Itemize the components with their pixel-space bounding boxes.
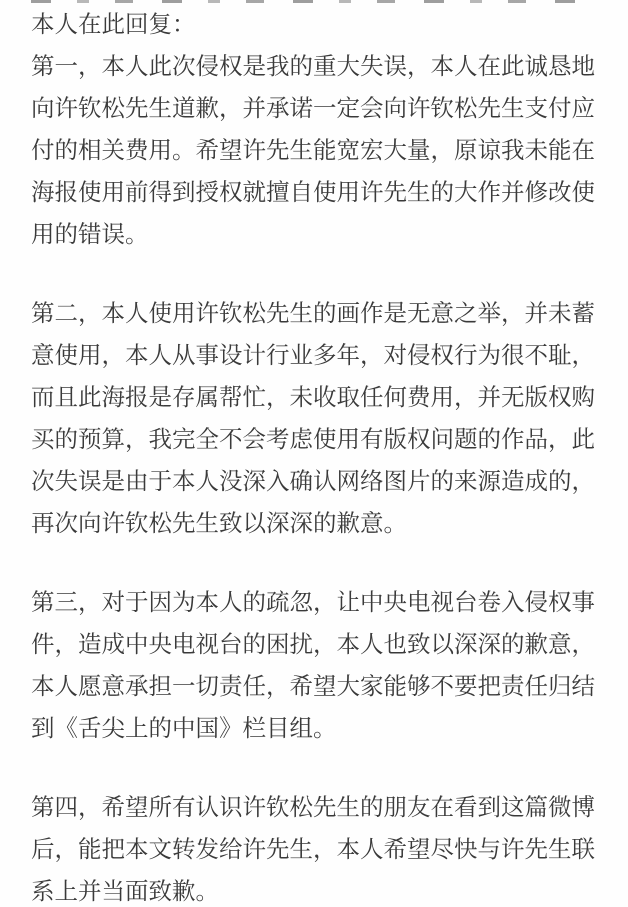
text-line: 向许钦松先生道歉，并承诺一定会向许钦松先生支付应 (31, 87, 601, 129)
text-line: 次失误是由于本人没深入确认网络图片的来源造成的， (31, 460, 601, 502)
text-line: 本人愿意承担一切责任，希望大家能够不要把责任归结 (31, 665, 601, 707)
text-line: 第三，对于因为本人的疏忽，让中央电视台卷入侵权事 (31, 581, 601, 623)
text-line: 到《舌尖上的中国》栏目组。 (31, 707, 601, 749)
text-line: 付的相关费用。希望许先生能宽宏大量，原谅我未能在 (31, 129, 601, 171)
text-line: 海报使用前得到授权就擅自使用许先生的大作并修改使 (31, 171, 601, 213)
text-line: 而且此海报是存属帮忙，未收取任何费用，并无版权购 (31, 376, 601, 418)
text-line: 系上并当面致歉。 (31, 870, 601, 907)
text-line: 第二，本人使用许钦松先生的画作是无意之举，并未蓄 (31, 292, 601, 334)
text-line: 买的预算，我完全不会考虑使用有版权问题的作品，此 (31, 418, 601, 460)
text-line: 意使用，本人从事设计行业多年，对侵权行为很不耻， (31, 334, 601, 376)
apology-statement-page: 本人在此回复： 第一，本人此次侵权是我的重大失误，本人在此诚恳地 向许钦松先生道… (0, 0, 628, 907)
statement-text: 本人在此回复： 第一，本人此次侵权是我的重大失误，本人在此诚恳地 向许钦松先生道… (31, 3, 601, 907)
paragraph-first: 第一，本人此次侵权是我的重大失误，本人在此诚恳地 向许钦松先生道歉，并承诺一定会… (31, 45, 601, 255)
text-line: 用的错误。 (31, 213, 601, 255)
text-line: 再次向许钦松先生致以深深的歉意。 (31, 502, 601, 544)
paragraph-second: 第二，本人使用许钦松先生的画作是无意之举，并未蓄 意使用，本人从事设计行业多年，… (31, 292, 601, 544)
text-line: 后，能把本文转发给许先生，本人希望尽快与许先生联 (31, 828, 601, 870)
text-line: 件，造成中央电视台的困扰，本人也致以深深的歉意， (31, 623, 601, 665)
paragraph-fourth: 第四，希望所有认识许钦松先生的朋友在看到这篇微博 后，能把本文转发给许先生，本人… (31, 786, 601, 907)
text-line: 第四，希望所有认识许钦松先生的朋友在看到这篇微博 (31, 786, 601, 828)
paragraph-third: 第三，对于因为本人的疏忽，让中央电视台卷入侵权事 件，造成中央电视台的困扰，本人… (31, 581, 601, 749)
reply-intro-line: 本人在此回复： (31, 3, 601, 45)
text-line: 第一，本人此次侵权是我的重大失误，本人在此诚恳地 (31, 45, 601, 87)
